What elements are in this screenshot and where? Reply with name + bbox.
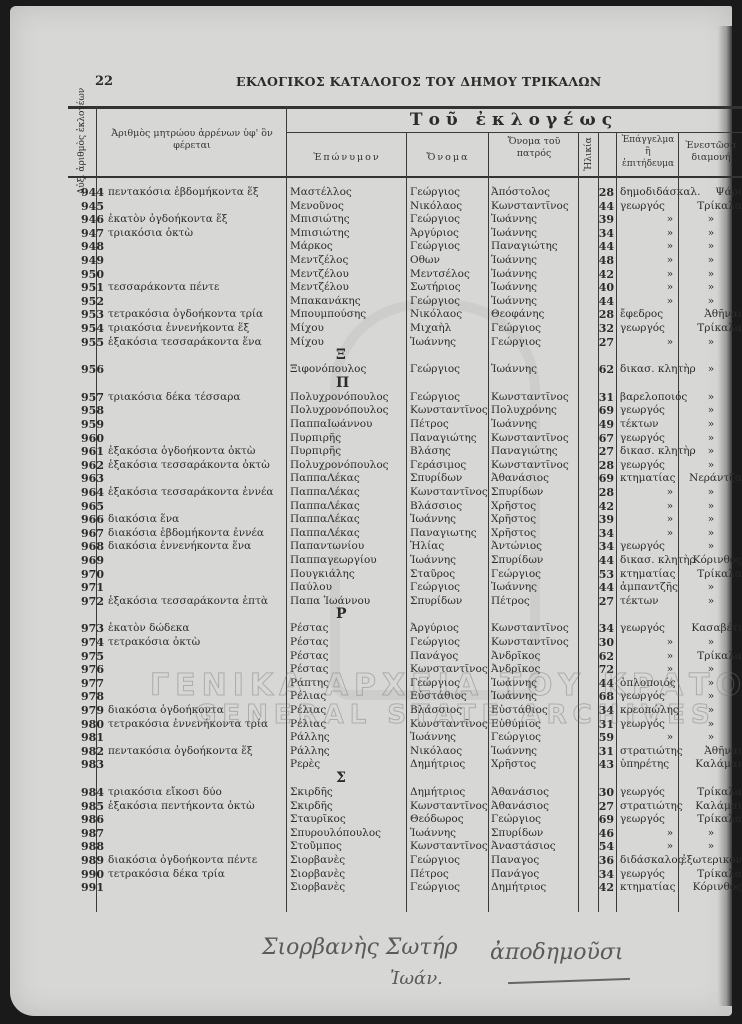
father-name-cell: Ἀναστάσιος (491, 840, 556, 853)
header-surname: Ἐπώνυμον (290, 152, 404, 164)
age-cell: 42 (594, 268, 614, 281)
residence-cell: Τρίκαλα (680, 813, 742, 826)
age-cell: 28 (594, 459, 614, 472)
father-name-cell: Γεώργιος (491, 813, 541, 826)
surname-cell: ΠαππαΛέκας (290, 486, 360, 499)
serial-number: 948 (68, 240, 104, 253)
table-row: 955ἑξακόσια τεσσαράκοντα ἕναΜίχουἸωάννης… (68, 336, 742, 349)
father-name-cell: Ἰωάννης (491, 418, 537, 431)
registry-number: τεσσαράκοντα πέντε (108, 281, 286, 294)
serial-number: 952 (68, 295, 104, 308)
header-residence: Ἐνεστῶσα διαμονή (680, 140, 742, 164)
age-cell: 44 (594, 554, 614, 567)
table-row: 974τετρακόσια ὀκτὼΡέσταςΓεώργιοςΚωνσταντ… (68, 636, 742, 649)
residence-cell: » (680, 540, 742, 553)
residence-cell: » (680, 363, 742, 376)
serial-number: 991 (68, 881, 104, 894)
age-cell: 42 (594, 881, 614, 894)
residence-cell: Τρίκαλα (680, 868, 742, 881)
registry-number: τριακόσια ἐννενήκοντα ἕξ (108, 322, 286, 335)
father-name-cell: Ἀνδρῖκος (491, 650, 540, 663)
serial-number: 975 (68, 650, 104, 663)
surname-cell: Πυρπιρῆς (290, 432, 341, 445)
letter-heading: Π (336, 375, 349, 391)
age-cell: 27 (594, 445, 614, 458)
table-row: 971ΠαύλουΓεώργιοςἸωάννης44ἀμπαντζῆς» (68, 581, 742, 594)
page-number: 22 (95, 74, 113, 89)
residence-cell: » (680, 213, 742, 226)
header-registry: Ἀριθμὸς μητρώου ἀρρένων ὑφ' ὃν φέρεται (102, 128, 282, 152)
name-cell: Ἰωάννης (410, 827, 456, 840)
age-cell: 32 (594, 322, 614, 335)
father-name-cell: Κωνσταντῖνος (491, 200, 569, 213)
residence-cell: » (680, 595, 742, 608)
serial-number: 989 (68, 854, 104, 867)
serial-number: 956 (68, 363, 104, 376)
serial-number: 970 (68, 568, 104, 581)
name-cell: Δημήτριος (410, 786, 465, 799)
table-row: 956ΞιφονόπουλοςΓεώργιοςἸωάννης62δικασ. κ… (68, 363, 742, 376)
registry-number: ἑξακόσια τεσσαράκοντα ὀκτὼ (108, 459, 286, 472)
residence-cell: » (680, 527, 742, 540)
surname-cell: Παπα Ἰωάννου (290, 595, 370, 608)
residence-cell: » (680, 240, 742, 253)
table-row: 967διακόσια ἑβδομήκοντα ἐννέαΠαππαΛέκαςΠ… (68, 527, 742, 540)
serial-number: 961 (68, 445, 104, 458)
residence-cell: » (680, 513, 742, 526)
serial-number: 983 (68, 758, 104, 771)
registry-number: πεντακόσια ἑβδομήκοντα ἕξ (108, 186, 286, 199)
table-row: 951τεσσαράκοντα πέντεΜεντζέλουΣωτήριοςἸω… (68, 281, 742, 294)
registry-number: ἑκατὸν ὀγδοήκοντα ἕξ (108, 213, 286, 226)
table-row: 957τριακόσια δέκα τέσσαραΠολυχρονόπουλος… (68, 391, 742, 404)
surname-cell: Σπυρουλόπουλος (290, 827, 381, 840)
serial-number: 944 (68, 186, 104, 199)
father-name-cell: Κωνσταντῖνος (491, 459, 569, 472)
surname-cell: Μπισιώτης (290, 213, 350, 226)
serial-number: 951 (68, 281, 104, 294)
serial-number: 969 (68, 554, 104, 567)
age-cell: 34 (594, 527, 614, 540)
age-cell: 44 (594, 200, 614, 213)
name-cell: Κωνσταντῖνος (410, 800, 488, 813)
residence-cell: Τρίκαλα (680, 650, 742, 663)
header-age: Ἡλικία (580, 134, 598, 174)
table-row: 966διακόσια ἕναΠαππαΛέκαςἸωάννηςΧρῆστος3… (68, 513, 742, 526)
father-name-cell: Κωνσταντῖνος (491, 391, 569, 404)
surname-cell: Ράλλης (290, 731, 330, 744)
serial-number: 965 (68, 500, 104, 513)
residence-cell: » (680, 227, 742, 240)
serial-number: 981 (68, 731, 104, 744)
father-name-cell: Ἰωάννης (491, 213, 537, 226)
father-name-cell: Πέτρος (491, 595, 530, 608)
name-cell: Γεώργιος (410, 636, 460, 649)
father-name-cell: Ἰωάννης (491, 363, 537, 376)
name-cell: Νικόλαος (410, 745, 462, 758)
table-row: 954τριακόσια ἐννενήκοντα ἕξΜίχουΜιχαὴλΓε… (68, 322, 742, 335)
father-name-cell: Ἰωάννης (491, 745, 537, 758)
age-cell: 44 (594, 240, 614, 253)
father-name-cell: Χρῆστος (491, 527, 536, 540)
table-top-rule (68, 106, 742, 109)
serial-number: 953 (68, 308, 104, 321)
name-cell: Οθων (410, 254, 440, 267)
surname-cell: Σιορβανὲς (290, 854, 345, 867)
father-name-cell: Χρῆστος (491, 513, 536, 526)
name-cell: Θεόδωρος (410, 813, 464, 826)
age-cell: 39 (594, 213, 614, 226)
father-name-cell: Κωνσταντῖνος (491, 636, 569, 649)
table-row: 947τριακόσια ὀκτὼΜπισιώτηςἈργύριοςἸωάννη… (68, 227, 742, 240)
age-cell: 31 (594, 391, 614, 404)
table-row: 950ΜεντζέλουΜεντσέλοςἸωάννης42»» (68, 268, 742, 281)
table-row: 991ΣιορβανὲςΓεώργιοςΔημήτριος42κτηματίας… (68, 881, 742, 894)
father-name-cell: Γεώργιος (491, 336, 541, 349)
table-row: 963ΠαππαΛέκαςΣπυρίδωνἈθανάσιος69κτηματία… (68, 472, 742, 485)
age-cell: 34 (594, 227, 614, 240)
surname-cell: Πολυχρονόπουλος (290, 404, 389, 417)
name-cell: Μιχαὴλ (410, 322, 451, 335)
surname-cell: ΠαππαΛέκας (290, 527, 360, 540)
residence-cell: » (680, 840, 742, 853)
header-name: Ὄνομα (410, 152, 486, 164)
surname-cell: Μεντζέλου (290, 268, 349, 281)
residence-cell: ἐξωτερικὸν (680, 854, 742, 867)
serial-number: 982 (68, 745, 104, 758)
letter-heading: Ξ (336, 347, 346, 363)
father-name-cell: Παναγιώτης (491, 240, 558, 253)
father-name-cell: Πανάγος (491, 868, 539, 881)
residence-cell: » (680, 636, 742, 649)
table-row: 964ἑξακόσια τεσσαράκοντα ἐννέαΠαππαΛέκας… (68, 486, 742, 499)
residence-cell: » (680, 432, 742, 445)
serial-number: 988 (68, 840, 104, 853)
surname-cell: Μίχου (290, 336, 324, 349)
father-name-cell: Χρῆστος (491, 758, 536, 771)
residence-cell: » (680, 281, 742, 294)
table-row: 968διακόσια ἐννενήκοντα ἕναΠαπαντωνίουἨλ… (68, 540, 742, 553)
residence-cell: Νεράντζα (680, 472, 742, 485)
father-name-cell: Σπυρίδων (491, 486, 543, 499)
letter-heading: Σ (336, 770, 346, 786)
registry-number: τριακόσια εἴκοσι δύο (108, 786, 286, 799)
table-row: 970ΠουγκιάληςΣταῦροςΓεώργιος53κτηματίαςΤ… (68, 568, 742, 581)
name-cell: Πέτρος (410, 418, 449, 431)
serial-number: 949 (68, 254, 104, 267)
father-name-cell: Ἰωάννης (491, 295, 537, 308)
residence-cell: » (680, 336, 742, 349)
handwritten-note-line-2: Ἰωάν. (390, 968, 443, 989)
table-row: 948ΜάρκοςΓεώργιοςΠαναγιώτης44»» (68, 240, 742, 253)
father-name-cell: Σπυρίδων (491, 827, 543, 840)
father-name-cell: Πολυχρόνης (491, 404, 557, 417)
surname-cell: Ρέστας (290, 622, 328, 635)
father-name-cell: Παναγιώτης (491, 445, 558, 458)
serial-number: 950 (68, 268, 104, 281)
age-cell: 67 (594, 432, 614, 445)
father-name-cell: Ἰωάννης (491, 281, 537, 294)
table-row: 958ΠολυχρονόπουλοςΚωνσταντῖνοςΠολυχρόνης… (68, 404, 742, 417)
residence-cell: Κασαβέτι (680, 622, 742, 635)
age-cell: 39 (594, 513, 614, 526)
father-name-cell: Ἰωάννης (491, 581, 537, 594)
age-cell: 34 (594, 540, 614, 553)
father-name-cell: Ἀθανάσιος (491, 800, 549, 813)
table-row: 949ΜεντζέλοςΟθωνἸωάννης48»» (68, 254, 742, 267)
name-cell: Γεώργιος (410, 881, 460, 894)
age-cell: 34 (594, 622, 614, 635)
watermark-line-1: ΓΕΝΙΚΑ ΑΡΧΕΙΑ ΤΟΥ ΚΡΑΤΟΥΣ (150, 668, 742, 703)
surname-cell: Σκιρδῆς (290, 786, 333, 799)
age-cell: 53 (594, 568, 614, 581)
residence-cell: » (680, 391, 742, 404)
registry-number: ἑκατὸν δώδεκα (108, 622, 286, 635)
age-cell: 27 (594, 800, 614, 813)
table-row: 987ΣπυρουλόπουλοςἸωάννηςΣπυρίδων46»» (68, 827, 742, 840)
name-cell: Γεώργιος (410, 240, 460, 253)
serial-number: 954 (68, 322, 104, 335)
serial-number: 964 (68, 486, 104, 499)
father-name-cell: Γεώργιος (491, 322, 541, 335)
father-name-cell: Παναγος (491, 854, 539, 867)
age-cell: 31 (594, 745, 614, 758)
father-name-cell: Ἰωάννης (491, 268, 537, 281)
surname-cell: Παύλου (290, 581, 332, 594)
age-cell: 69 (594, 472, 614, 485)
father-name-cell: Γεώργιος (491, 568, 541, 581)
surname-cell: ΠαππαΛέκας (290, 472, 360, 485)
serial-number: 966 (68, 513, 104, 526)
residence-cell: Κόρινθος (680, 881, 742, 894)
surname-cell: ΠαππαΛέκας (290, 513, 360, 526)
age-cell: 28 (594, 186, 614, 199)
surname-cell: ΠαππαΛέκας (290, 500, 360, 513)
handwritten-note-line-1: Σιορβανὴς Σωτήρ (262, 935, 458, 960)
surname-cell: Πολυχρονόπουλος (290, 459, 389, 472)
age-cell: 30 (594, 636, 614, 649)
age-cell: 43 (594, 758, 614, 771)
residence-cell: Τρίκαλα (680, 786, 742, 799)
age-cell: 44 (594, 581, 614, 594)
father-name-cell: Γεώργιος (491, 731, 541, 744)
name-cell: Ἰωάννης (410, 731, 456, 744)
age-cell: 36 (594, 854, 614, 867)
table-row: 944πεντακόσια ἑβδομήκοντα ἕξΜαστέλλοςΓεώ… (68, 186, 742, 199)
surname-cell: Ρέστας (290, 636, 328, 649)
serial-number: 980 (68, 718, 104, 731)
age-cell: 69 (594, 404, 614, 417)
residence-cell: Τρίκαλα (680, 322, 742, 335)
age-cell: 59 (594, 731, 614, 744)
table-row: 961ἑξακόσια ὀγδοήκοντα ὀκτὼΠυρπιρῆςΒλάση… (68, 445, 742, 458)
serial-number: 957 (68, 391, 104, 404)
surname-cell: Μπουμπούσης (290, 308, 366, 321)
registry-number: διακόσια ὀγδοήκοντα πέντε (108, 854, 286, 867)
name-cell: Γεώργιος (410, 854, 460, 867)
serial-number: 971 (68, 581, 104, 594)
serial-number: 972 (68, 595, 104, 608)
table-row: 983ΡερὲςΔημήτριοςΧρῆστος43ὑπηρέτηςΚαλάμα… (68, 758, 742, 771)
header-father-name: Ὄνομα τοῦ πατρός (492, 136, 576, 160)
age-cell: 46 (594, 827, 614, 840)
name-cell: Νικόλαος (410, 200, 462, 213)
residence-cell: » (680, 581, 742, 594)
serial-number: 984 (68, 786, 104, 799)
surname-cell: Πουγκιάλης (290, 568, 355, 581)
table-row: 952ΜπακανάκηςΓεώργιοςἸωάννης44»» (68, 295, 742, 308)
father-name-cell: Σπυρίδων (491, 554, 543, 567)
table-row: 984τριακόσια εἴκοσι δύοΣκιρδῆςΔημήτριοςἈ… (68, 786, 742, 799)
serial-number: 979 (68, 704, 104, 717)
surname-cell: Σιορβανὲς (290, 881, 345, 894)
table-row: 975ΡέσταςΠανάγοςἈνδρῖκος62»Τρίκαλα (68, 650, 742, 663)
handwritten-note-right: ἀποδημοῦσι (490, 940, 624, 965)
name-cell: Παναγιώτης (410, 432, 477, 445)
serial-number: 968 (68, 540, 104, 553)
age-cell: 48 (594, 254, 614, 267)
surname-cell: Στοῦμπος (290, 840, 342, 853)
residence-cell: » (680, 268, 742, 281)
residence-cell: » (680, 827, 742, 840)
name-cell: Ἠλίας (410, 540, 444, 553)
residence-cell: Τρίκαλα (680, 568, 742, 581)
table-row: 986ΣταυρῖκοςΘεόδωροςΓεώργιος69γεωργόςΤρί… (68, 813, 742, 826)
father-name-cell: Θεοφάνης (491, 308, 544, 321)
surname-cell: Σιορβανὲς (290, 868, 345, 881)
table-row: 953τετρακόσια ὀγδοήκοντα τρίαΜπουμπούσης… (68, 308, 742, 321)
registry-number: ἑξακόσια πεντήκοντα ὀκτὼ (108, 800, 286, 813)
surname-cell: ΠαππαΙωάννου (290, 418, 372, 431)
surname-cell: Πυρπιρῆς (290, 445, 341, 458)
residence-cell: » (680, 295, 742, 308)
name-cell: Πέτρος (410, 868, 449, 881)
table-row: 945ΜενοῦνοςΝικόλαοςΚωνσταντῖνος44γεωργός… (68, 200, 742, 213)
table-row: 965ΠαππαΛέκαςΒλάσσιοςΧρῆστος42»» (68, 500, 742, 513)
father-name-cell: Δημήτριος (491, 881, 546, 894)
surname-cell: Παπαντωνίου (290, 540, 364, 553)
voter-table: Αὐξ. ἀριθμὸς ἐκλογέων Ἀριθμὸς μητρώου ἀρ… (68, 106, 742, 912)
residence-cell: » (680, 445, 742, 458)
name-cell: Μεντσέλος (410, 268, 470, 281)
name-cell: Σωτήριος (410, 281, 461, 294)
father-name-cell: Ἀντώνιος (491, 540, 542, 553)
residence-cell: Κόρινθος (680, 554, 742, 567)
name-cell: Γεώργιος (410, 213, 460, 226)
surname-cell: Μπακανάκης (290, 295, 361, 308)
letter-heading: Ρ (336, 606, 347, 622)
residence-cell: Καλάμαι (680, 758, 742, 771)
name-cell: Γεώργιος (410, 581, 460, 594)
name-cell: Πανάγος (410, 650, 458, 663)
registry-number: διακόσια ἑβδομήκοντα ἐννέα (108, 527, 286, 540)
header-serial: Αὐξ. ἀριθμὸς ἐκλογέων (70, 110, 94, 172)
age-cell: 27 (594, 595, 614, 608)
registry-number: τετρακόσια ὀγδοήκοντα τρία (108, 308, 286, 321)
serial-number: 978 (68, 690, 104, 703)
residence-cell: » (680, 731, 742, 744)
name-cell: Κωνσταντῖνος (410, 486, 488, 499)
age-cell: 54 (594, 840, 614, 853)
residence-cell: » (680, 500, 742, 513)
name-cell: Γεώργιος (410, 363, 460, 376)
serial-number: 985 (68, 800, 104, 813)
serial-number: 946 (68, 213, 104, 226)
header-voter-group: Τοῦ ἐκλογέως (286, 110, 742, 130)
registry-number: τριακόσια δέκα τέσσαρα (108, 391, 286, 404)
serial-number: 990 (68, 868, 104, 881)
serial-number: 947 (68, 227, 104, 240)
serial-number: 963 (68, 472, 104, 485)
residence-cell: » (680, 418, 742, 431)
residence-cell: » (680, 404, 742, 417)
residence-cell: » (680, 254, 742, 267)
father-name-cell: Ἀθανάσιος (491, 472, 549, 485)
table-row: 985ἑξακόσια πεντήκοντα ὀκτὼΣκιρδῆςΚωνστα… (68, 800, 742, 813)
name-cell: Ἰωάννης (410, 554, 456, 567)
name-cell: Ἀργύριος (410, 622, 459, 635)
serial-number: 960 (68, 432, 104, 445)
table-header-rule (68, 176, 742, 178)
residence-cell: » (680, 486, 742, 499)
table-row: 990τετρακόσια δέκα τρίαΣιορβανὲςΠέτροςΠα… (68, 868, 742, 881)
name-cell: Ἀργύριος (410, 227, 459, 240)
serial-number: 955 (68, 336, 104, 349)
registry-number: τριακόσια ὀκτὼ (108, 227, 286, 240)
age-cell: 27 (594, 336, 614, 349)
age-cell: 44 (594, 295, 614, 308)
subheader-rule (286, 132, 742, 133)
residence-cell: Ἀθῆναι (680, 308, 742, 321)
name-cell: Παναγιωτης (410, 527, 477, 540)
residence-cell: Τρίκαλα (680, 200, 742, 213)
residence-cell: Ἀθῆναι (680, 745, 742, 758)
registry-number: ἑξακόσια τεσσαράκοντα ἐννέα (108, 486, 286, 499)
age-cell: 62 (594, 650, 614, 663)
name-cell: Βλάσσιος (410, 500, 462, 513)
surname-cell: Ρερὲς (290, 758, 320, 771)
father-name-cell: Κωνσταντῖνος (491, 432, 569, 445)
residence-cell: Ψάρι (680, 186, 742, 199)
table-row: 982πεντακόσια ὀγδοήκοντα ἕξΡάλληςΝικόλαο… (68, 745, 742, 758)
table-row: 972ἑξακόσια τεσσαράκοντα ἑπτὰΠαπα Ἰωάννο… (68, 595, 742, 608)
serial-number: 962 (68, 459, 104, 472)
serial-number: 977 (68, 677, 104, 690)
running-title: ΕΚΛΟΓΙΚΟΣ ΚΑΤΑΛΟΓΟΣ ΤΟΥ ΔΗΜΟΥ ΤΡΙΚΑΛΩΝ (236, 74, 601, 89)
age-cell: 62 (594, 363, 614, 376)
surname-cell: Μπισιώτης (290, 227, 350, 240)
serial-number: 976 (68, 663, 104, 676)
watermark-line-2: GENERAL STATE ARCHIVES (195, 700, 716, 730)
serial-number: 958 (68, 404, 104, 417)
registry-number: πεντακόσια ὀγδοήκοντα ἕξ (108, 745, 286, 758)
residence-cell: Καλάμαι (680, 800, 742, 813)
name-cell: Σταῦρος (410, 568, 455, 581)
name-cell: Νικόλαος (410, 308, 462, 321)
surname-cell: Μεντζέλου (290, 281, 349, 294)
age-cell: 69 (594, 813, 614, 826)
age-cell: 28 (594, 486, 614, 499)
name-cell: Γεώργιος (410, 295, 460, 308)
surname-cell: Ρέστας (290, 650, 328, 663)
name-cell: Γεράσιμος (410, 459, 466, 472)
name-cell: Ἰωάννης (410, 336, 456, 349)
age-cell: 49 (594, 418, 614, 431)
header-occupation: Ἐπάγγελμα ἢ ἐπιτήδευμα (618, 134, 678, 170)
table-row: 959ΠαππαΙωάννουΠέτροςἸωάννης49τέκτων» (68, 418, 742, 431)
serial-number: 967 (68, 527, 104, 540)
age-cell: 40 (594, 281, 614, 294)
